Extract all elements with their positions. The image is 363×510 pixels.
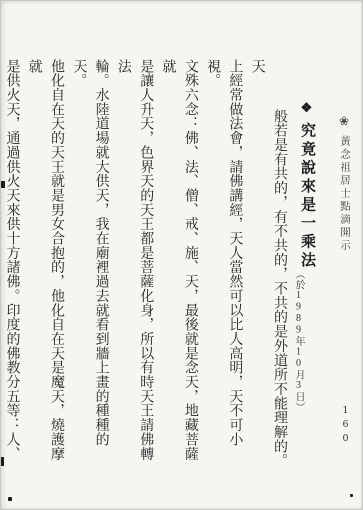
series-title: 黃念祖居士點滴開示 <box>339 136 350 253</box>
title-text: 究竟說來是一乘法 <box>299 123 315 271</box>
scan-artifact <box>8 497 12 501</box>
running-head: ❀黃念祖居士點滴開示 <box>336 114 352 253</box>
date-note: （於1989年10月3日） <box>291 269 306 413</box>
body-text: 般若是有共的，有不共的，不共的是外道所不能理解的。天 上經常做法會，請佛講經，天… <box>0 59 290 475</box>
text-column: 般若是有共的，有不共的，不共的是外道所不能理解的。天 <box>245 59 290 475</box>
text-column: 是供火天，通過供火天來供十方諸佛。印度的佛教分五等：人、 <box>0 59 22 475</box>
scan-artifact <box>350 494 353 497</box>
text-column: 上經常做法會，請佛講經，天人當然可以比人高明，天不可小視。 <box>201 59 246 475</box>
text-column: 文殊六念：佛、法、僧、戒、施、天，最後就是念天，地藏菩薩就 <box>156 59 201 475</box>
text-column: 他化自在天的天王就是男女合抱的，他化自在天是魔天，燒護摩就 <box>22 59 67 475</box>
scan-artifact <box>1 457 4 466</box>
book-page: ❀黃念祖居士點滴開示 ❖究竟說來是一乘法 （於1989年10月3日） 般若是有共… <box>0 0 363 510</box>
title-bullet-icon: ❖ <box>300 101 315 120</box>
text-column: 是讓人升天，色界天的天王都是菩薩化身，所以有時天王請佛轉法 <box>112 59 157 475</box>
lotus-emblem-icon: ❀ <box>337 114 351 131</box>
page-number: 160 <box>340 405 351 447</box>
article-title: ❖究竟說來是一乘法 <box>297 101 318 271</box>
text-column: 輪。水陸道場就大供天，我在廟裡過去就看到牆上畫的種種的天。 <box>67 59 112 475</box>
scan-artifact <box>1 181 5 188</box>
